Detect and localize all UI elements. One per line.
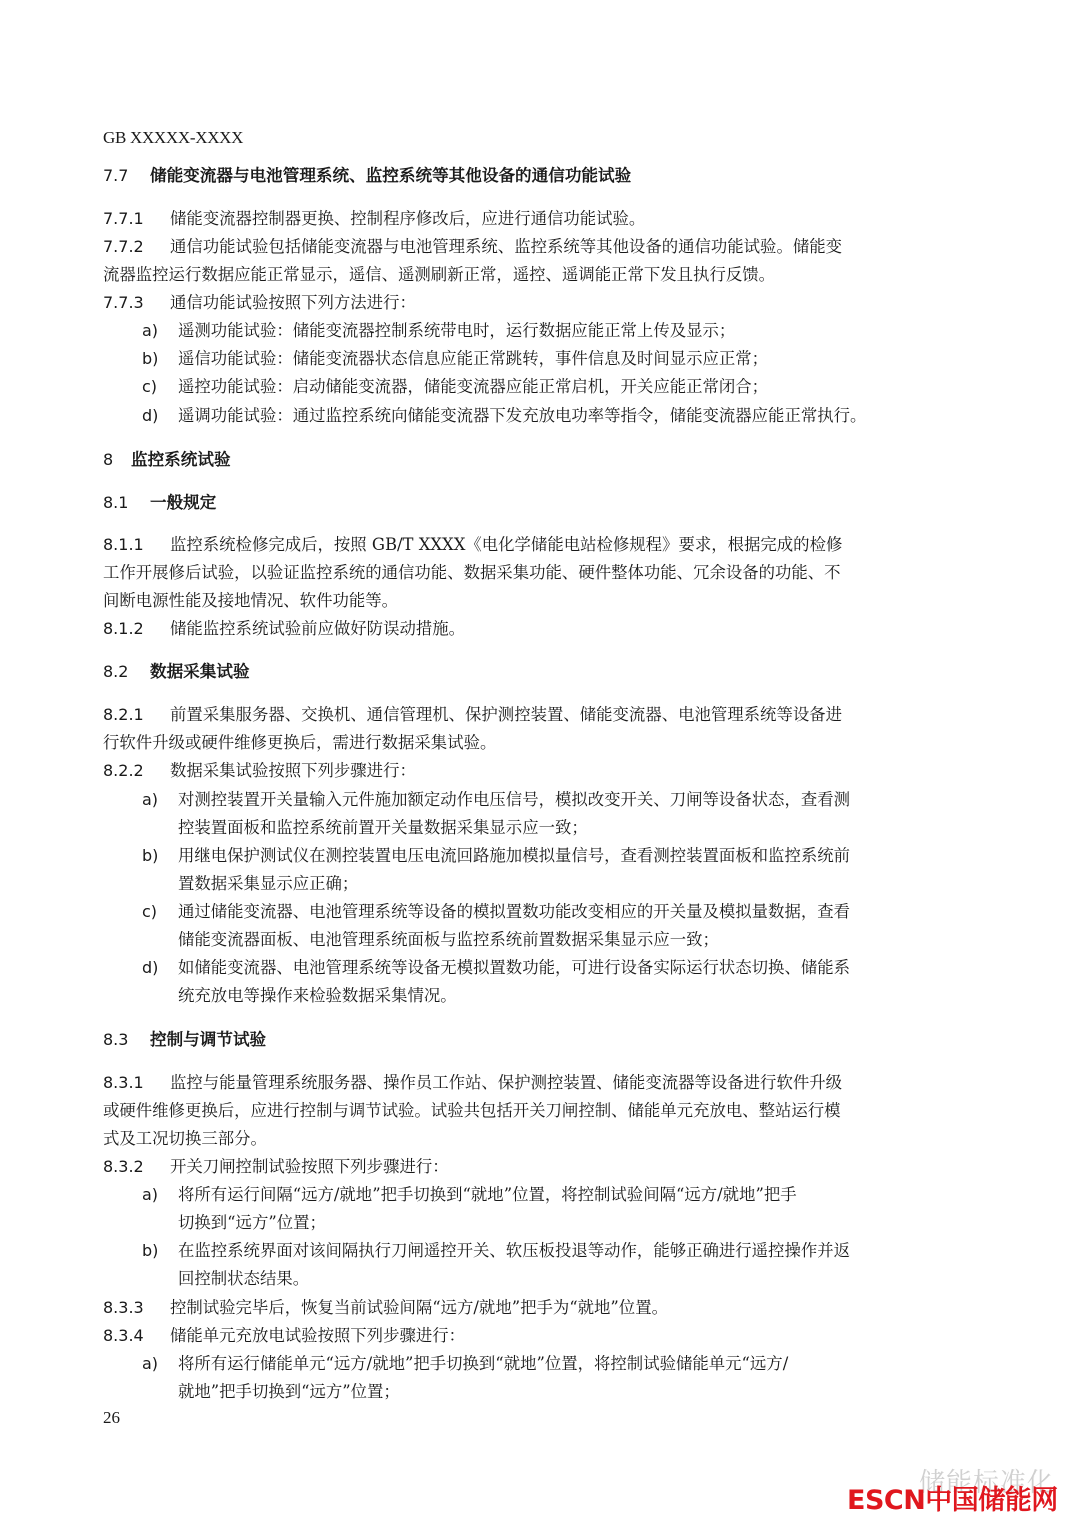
clause-8-3-1-cont: 或硬件维修更换后，应进行控制与调节试验。试验共包括开关刀闸控制、储能单元充放电、… bbox=[103, 1097, 841, 1124]
list-label: b) bbox=[142, 345, 178, 372]
clause-text: 监控系统检修完成后，按照 GB/T XXXX《电化学储能电站检修规程》要求，根据… bbox=[170, 535, 842, 554]
list-text: 遥测功能试验：储能变流器控制系统带电时，运行数据应能正常上传及显示； bbox=[178, 321, 735, 340]
clause-8-3-2: 8.3.2开关刀闸控制试验按照下列步骤进行： bbox=[103, 1153, 449, 1180]
section-title: 储能变流器与电池管理系统、监控系统等其他设备的通信功能试验 bbox=[150, 166, 631, 185]
clause-7-7-1: 7.7.1储能变流器控制器更换、控制程序修改后，应进行通信功能试验。 bbox=[103, 205, 645, 232]
clause-8-3-3: 8.3.3控制试验完毕后，恢复当前试验间隔“远方/就地”把手为“就地”位置。 bbox=[103, 1294, 668, 1321]
clause-8-2-1-cont: 行软件升级或硬件维修更换后，需进行数据采集试验。 bbox=[103, 729, 496, 756]
clause-number: 8.3.1 bbox=[103, 1069, 170, 1096]
list-item: b)遥信功能试验：储能变流器状态信息应能正常跳转，事件信息及时间显示应正常； bbox=[142, 345, 768, 372]
clause-text: 储能监控系统试验前应做好防误动措施。 bbox=[170, 619, 465, 638]
page-number: 26 bbox=[103, 1408, 120, 1428]
clause-number: 7.7.3 bbox=[103, 289, 170, 316]
list-item-cont: 回控制状态结果。 bbox=[142, 1265, 309, 1292]
clause-number: 8.2.2 bbox=[103, 757, 170, 784]
clause-text: 储能单元充放电试验按照下列步骤进行： bbox=[170, 1326, 465, 1345]
clause-text: 控制试验完毕后，恢复当前试验间隔“远方/就地”把手为“就地”位置。 bbox=[170, 1298, 668, 1317]
list-item-cont: 控装置面板和监控系统前置开关量数据采集显示应一致； bbox=[142, 814, 588, 841]
list-item: c)通过储能变流器、电池管理系统等设备的模拟置数功能改变相应的开关量及模拟量数据… bbox=[142, 898, 850, 925]
list-text: 如储能变流器、电池管理系统等设备无模拟置数功能，可进行设备实际运行状态切换、储能… bbox=[178, 958, 850, 977]
list-item: c)遥控功能试验：启动储能变流器，储能变流器应能正常启机，开关应能正常闭合； bbox=[142, 373, 768, 400]
clause-8-1-1-cont: 间断电源性能及接地情况、软件功能等。 bbox=[103, 587, 398, 614]
clause-7-7-3: 7.7.3通信功能试验按照下列方法进行： bbox=[103, 289, 416, 316]
clause-number: 7.7.1 bbox=[103, 205, 170, 232]
chapter-number: 8 bbox=[103, 446, 131, 473]
list-item-cont: 储能变流器面板、电池管理系统面板与监控系统前置数据采集显示应一致； bbox=[142, 926, 719, 953]
clause-8-1-2: 8.1.2储能监控系统试验前应做好防误动措施。 bbox=[103, 615, 465, 642]
list-text: 置数据采集显示应正确； bbox=[178, 874, 358, 893]
list-item-cont: 统充放电等操作来检验数据采集情况。 bbox=[142, 982, 457, 1009]
list-item-cont: 置数据采集显示应正确； bbox=[142, 870, 358, 897]
list-text: 储能变流器面板、电池管理系统面板与监控系统前置数据采集显示应一致； bbox=[178, 930, 719, 949]
clause-number: 8.3.3 bbox=[103, 1294, 170, 1321]
section-title: 数据采集试验 bbox=[150, 662, 250, 681]
list-text: 遥控功能试验：启动储能变流器，储能变流器应能正常启机，开关应能正常闭合； bbox=[178, 377, 768, 396]
list-item: b)在监控系统界面对该间隔执行刀闸遥控开关、软压板投退等动作，能够正确进行遥控操… bbox=[142, 1237, 850, 1264]
list-item: a)遥测功能试验：储能变流器控制系统带电时，运行数据应能正常上传及显示； bbox=[142, 317, 735, 344]
list-item: b)用继电保护测试仪在测控装置电压电流回路施加模拟量信号，查看测控装置面板和监控… bbox=[142, 842, 850, 869]
clause-text: 储能变流器控制器更换、控制程序修改后，应进行通信功能试验。 bbox=[170, 209, 645, 228]
list-label: a) bbox=[142, 1181, 178, 1208]
clause-text: 通信功能试验按照下列方法进行： bbox=[170, 293, 416, 312]
clause-text: 前置采集服务器、交换机、通信管理机、保护测控装置、储能变流器、电池管理系统等设备… bbox=[170, 705, 842, 724]
section-number: 7.7 bbox=[103, 162, 150, 189]
list-text: 将所有运行储能单元“远方/就地”把手切换到“就地”位置，将控制试验储能单元“远方… bbox=[178, 1354, 788, 1373]
section-number: 8.1 bbox=[103, 489, 150, 516]
list-text: 对测控装置开关量输入元件施加额定动作电压信号，模拟改变开关、刀闸等设备状态，查看… bbox=[178, 790, 850, 809]
list-label: a) bbox=[142, 786, 178, 813]
chapter-heading-8: 8监控系统试验 bbox=[103, 446, 231, 473]
section-heading-8-1: 8.1一般规定 bbox=[103, 489, 216, 516]
list-text: 切换到“远方”位置； bbox=[178, 1213, 326, 1232]
clause-8-3-1-cont: 式及工况切换三部分。 bbox=[103, 1125, 267, 1152]
list-text: 遥调功能试验：通过监控系统向储能变流器下发充放电功率等指令，储能变流器应能正常执… bbox=[178, 406, 866, 425]
section-heading-8-3: 8.3控制与调节试验 bbox=[103, 1026, 266, 1053]
list-text: 通过储能变流器、电池管理系统等设备的模拟置数功能改变相应的开关量及模拟量数据，查… bbox=[178, 902, 850, 921]
section-title: 控制与调节试验 bbox=[150, 1030, 266, 1049]
clause-8-3-4: 8.3.4储能单元充放电试验按照下列步骤进行： bbox=[103, 1322, 465, 1349]
clause-number: 8.1.1 bbox=[103, 531, 170, 558]
list-text: 统充放电等操作来检验数据采集情况。 bbox=[178, 986, 457, 1005]
clause-text: 监控与能量管理系统服务器、操作员工作站、保护测控装置、储能变流器等设备进行软件升… bbox=[170, 1073, 842, 1092]
section-heading-7-7: 7.7储能变流器与电池管理系统、监控系统等其他设备的通信功能试验 bbox=[103, 162, 631, 189]
clause-7-7-2: 7.7.2通信功能试验包括储能变流器与电池管理系统、监控系统等其他设备的通信功能… bbox=[103, 233, 842, 260]
clause-8-2-2: 8.2.2数据采集试验按照下列步骤进行： bbox=[103, 757, 416, 784]
list-label: a) bbox=[142, 1350, 178, 1377]
list-text: 将所有运行间隔“远方/就地”把手切换到“就地”位置，将控制试验间隔“远方/就地”… bbox=[178, 1185, 797, 1204]
list-text: 在监控系统界面对该间隔执行刀闸遥控开关、软压板投退等动作，能够正确进行遥控操作并… bbox=[178, 1241, 850, 1260]
list-label: c) bbox=[142, 373, 178, 400]
clause-number: 8.1.2 bbox=[103, 615, 170, 642]
chapter-title: 监控系统试验 bbox=[131, 450, 231, 469]
clause-8-2-1: 8.2.1前置采集服务器、交换机、通信管理机、保护测控装置、储能变流器、电池管理… bbox=[103, 701, 842, 728]
clause-text: 数据采集试验按照下列步骤进行： bbox=[170, 761, 416, 780]
list-label: b) bbox=[142, 1237, 178, 1264]
list-text: 控装置面板和监控系统前置开关量数据采集显示应一致； bbox=[178, 818, 588, 837]
clause-8-1-1: 8.1.1监控系统检修完成后，按照 GB/T XXXX《电化学储能电站检修规程》… bbox=[103, 531, 842, 558]
watermark: 储能标准化 ESCN中国储能网 bbox=[845, 1462, 1080, 1518]
list-label: b) bbox=[142, 842, 178, 869]
list-text: 遥信功能试验：储能变流器状态信息应能正常跳转，事件信息及时间显示应正常； bbox=[178, 349, 768, 368]
clause-7-7-2-cont: 流器监控运行数据应能正常显示，遥信、遥测刷新正常，遥控、遥调能正常下发且执行反馈… bbox=[103, 261, 775, 288]
standard-code-header: GB XXXXX-XXXX bbox=[103, 128, 243, 148]
clause-number: 8.3.4 bbox=[103, 1322, 170, 1349]
clause-8-3-1: 8.3.1监控与能量管理系统服务器、操作员工作站、保护测控装置、储能变流器等设备… bbox=[103, 1069, 842, 1096]
clause-number: 8.3.2 bbox=[103, 1153, 170, 1180]
list-label: d) bbox=[142, 954, 178, 981]
list-text: 就地”把手切换到“远方”位置； bbox=[178, 1382, 400, 1401]
list-item: d)遥调功能试验：通过监控系统向储能变流器下发充放电功率等指令，储能变流器应能正… bbox=[142, 402, 866, 429]
list-item-cont: 就地”把手切换到“远方”位置； bbox=[142, 1378, 400, 1405]
clause-text: 开关刀闸控制试验按照下列步骤进行： bbox=[170, 1157, 449, 1176]
clause-8-1-1-cont: 工作开展修后试验，以验证监控系统的通信功能、数据采集功能、硬件整体功能、冗余设备… bbox=[103, 559, 841, 586]
list-label: a) bbox=[142, 317, 178, 344]
section-number: 8.2 bbox=[103, 658, 150, 685]
list-label: d) bbox=[142, 402, 178, 429]
list-text: 用继电保护测试仪在测控装置电压电流回路施加模拟量信号，查看测控装置面板和监控系统… bbox=[178, 846, 850, 865]
section-number: 8.3 bbox=[103, 1026, 150, 1053]
list-item: a)将所有运行间隔“远方/就地”把手切换到“就地”位置，将控制试验间隔“远方/就… bbox=[142, 1181, 797, 1208]
clause-number: 8.2.1 bbox=[103, 701, 170, 728]
clause-number: 7.7.2 bbox=[103, 233, 170, 260]
list-item-cont: 切换到“远方”位置； bbox=[142, 1209, 326, 1236]
escn-brand-logo: ESCN中国储能网 bbox=[847, 1478, 1058, 1517]
list-text: 回控制状态结果。 bbox=[178, 1269, 309, 1288]
list-item: d)如储能变流器、电池管理系统等设备无模拟置数功能，可进行设备实际运行状态切换、… bbox=[142, 954, 850, 981]
section-title: 一般规定 bbox=[150, 493, 216, 512]
section-heading-8-2: 8.2数据采集试验 bbox=[103, 658, 250, 685]
list-item: a)将所有运行储能单元“远方/就地”把手切换到“就地”位置，将控制试验储能单元“… bbox=[142, 1350, 788, 1377]
list-item: a)对测控装置开关量输入元件施加额定动作电压信号，模拟改变开关、刀闸等设备状态，… bbox=[142, 786, 850, 813]
clause-text: 通信功能试验包括储能变流器与电池管理系统、监控系统等其他设备的通信功能试验。储能… bbox=[170, 237, 842, 256]
list-label: c) bbox=[142, 898, 178, 925]
